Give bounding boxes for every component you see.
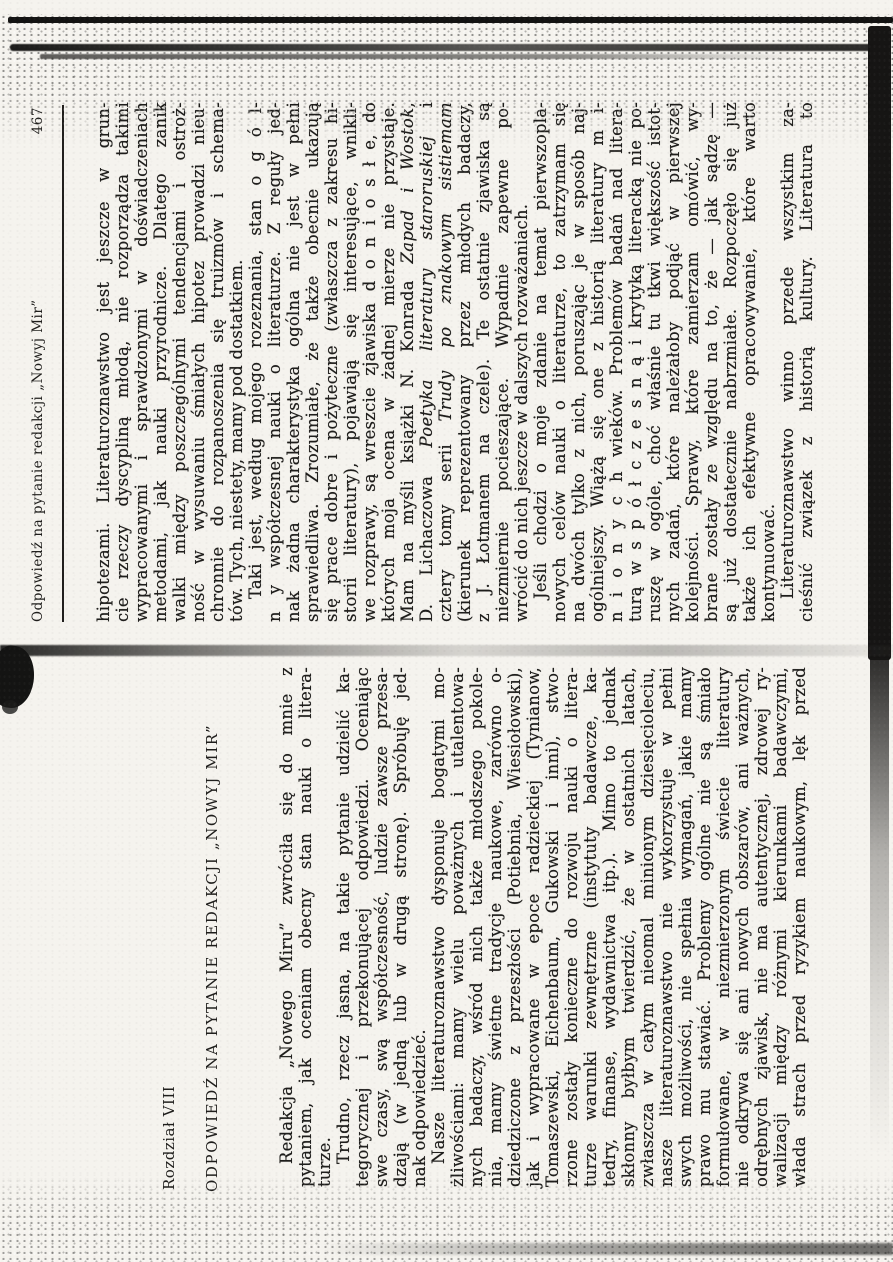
text-line: których moja ocena w żadnej mierze nie p… — [379, 102, 398, 622]
text-line: zwłaszcza w całym nieomal minionym dzies… — [638, 667, 657, 1187]
page-number: 467 — [30, 107, 46, 134]
text-line: są już dostatecznie nabrzmiałe. Rozpoczę… — [721, 102, 740, 622]
body-text-left-page: Redakcja „Nowego Miru” zwróciła się do m… — [277, 667, 809, 1187]
text-line: formułowane, w niezmierzonym świecie lit… — [714, 667, 733, 1187]
text-line: dzają (w jedną lub w drugą stronę). Spró… — [391, 667, 410, 1187]
running-head-title: Odpowiedź na pytanie redakcji „Nowyj Mir… — [30, 299, 46, 622]
chapter-number-label: Rozdział VIII — [160, 1086, 178, 1190]
text-line: chronnie do rozpanoszenia się truizmów i… — [208, 102, 227, 622]
text-line: turze warunki zewnętrzne (instytuty bada… — [581, 667, 600, 1187]
text-line: walki między poszczególnymi tendencjami … — [170, 102, 189, 622]
text-line: nia, mamy świetne tradycje naukowe, zaró… — [486, 667, 505, 1187]
text-line: także ich efektywne opracowywanie, które… — [740, 102, 759, 622]
text-line: prawo mu stawiać. Problemy ogólne nie są… — [695, 667, 714, 1187]
text-line: Taki jest, według mojego rozeznania, sta… — [246, 102, 265, 622]
text-line: skłonny byłbym twierdzić, że w ostatnich… — [619, 667, 638, 1187]
page-right-467: Odpowiedź na pytanie redakcji „Nowyj Mir… — [0, 0, 893, 642]
text-line: na dwóch tylko z nich, poruszając je w s… — [569, 102, 588, 622]
text-line: pytaniem, jak oceniam obecny stan nauki … — [296, 667, 315, 1187]
text-line: nak żadna charakterystyka ogólna nie jes… — [284, 102, 303, 622]
text-line: walizacji między różnymi kierunkami bada… — [771, 667, 790, 1187]
text-line: odrębnych zjawisk, nie ma autentycznej, … — [752, 667, 771, 1187]
text-line: Jeśli chodzi o moje zdanie na temat pier… — [531, 102, 550, 622]
text-line: turze. — [315, 667, 334, 1187]
page-left-chapter-opening: Rozdział VIII ODPOWIEDŹ NA PYTANIE REDAK… — [0, 642, 893, 1262]
text-line: cztery tomy serii Trudy po znakowym sist… — [436, 102, 455, 622]
book-spread: Rozdział VIII ODPOWIEDŹ NA PYTANIE REDAK… — [0, 0, 893, 1262]
text-line: turą w s p ó ł c z e s n ą i krytyką lit… — [626, 102, 645, 622]
text-line: Literaturoznawstwo winno przede wszystki… — [778, 102, 797, 622]
text-line: Mam na myśli książki N. Konrada Zapad i … — [398, 102, 417, 622]
text-line: storii literatury), pojawiają się intere… — [341, 102, 360, 622]
text-line: sprawiedliwa. Zrozumiałe, że także obecn… — [303, 102, 322, 622]
text-line: Tomaszewski, Eichenbaum, Gukowski i inni… — [543, 667, 562, 1187]
text-line: ność w wysuwaniu śmiałych hipotez prowad… — [189, 102, 208, 622]
text-line: Nasze literaturoznawstwo dysponuje bogat… — [429, 667, 448, 1187]
text-line: rzone zostały konieczne do rozwoju nauki… — [562, 667, 581, 1187]
text-line: się prace dobre i pożyteczne (zwłaszcza … — [322, 102, 341, 622]
text-line: ogólniejszy. Wiążą się one z historią li… — [588, 102, 607, 622]
text-line: tów. Tych, niestety, mamy pod dostatkiem… — [227, 102, 246, 622]
text-line: we rozprawy, są wreszcie zjawiska d o n … — [360, 102, 379, 622]
text-line: cie rzeczy dyscypliną młodą, nie rozporz… — [113, 102, 132, 622]
chapter-title: ODPOWIEDŹ NA PYTANIE REDAKCJI „NOWYJ MIR… — [203, 652, 221, 1192]
text-line: nak odpowiedzieć. — [410, 667, 429, 1187]
text-line: tegorycznej i przekonującej odpowiedzi. … — [353, 667, 372, 1187]
body-text-right-page: hipotezami. Literaturoznawstwo jest jesz… — [94, 102, 816, 622]
text-line: n y współczesnej nauki o literaturze. Z … — [265, 102, 284, 622]
text-line: wrócić do nich jeszcze w dalszych rozważ… — [512, 102, 531, 622]
text-line: wypracowanymi i sprawdzonymi w doświadcz… — [132, 102, 151, 622]
running-head: Odpowiedź na pytanie redakcji „Nowyj Mir… — [30, 107, 46, 622]
text-line: nasze literaturoznawstwo nie wykorzystuj… — [657, 667, 676, 1187]
text-line: niezmiernie pocieszające. Wypadnie zapew… — [493, 102, 512, 622]
text-line: ruszę w ogóle, choć właśnie tu tkwi więk… — [645, 102, 664, 622]
text-line: tedry, finanse, wydawnictwa itp.). Mimo … — [600, 667, 619, 1187]
text-line: (kierunek reprezentowany przez młodych b… — [455, 102, 474, 622]
text-line: nie odkrywa się ani nowych obszarów, ani… — [733, 667, 752, 1187]
text-line: nych badaczy, wśród nich także młodszego… — [467, 667, 486, 1187]
text-line: nych zadań, które należałoby podjąć w pi… — [664, 102, 683, 622]
running-head-rule — [62, 105, 64, 622]
text-line: żliwościami: mamy wielu poważnych i utal… — [448, 667, 467, 1187]
text-line: swych możliwości, nie spełnia wymagań, j… — [676, 667, 695, 1187]
text-line: Trudno, rzecz jasna, na takie pytanie ud… — [334, 667, 353, 1187]
text-line: Redakcja „Nowego Miru” zwróciła się do m… — [277, 667, 296, 1187]
text-line: nowych celów nauki o literaturze, to zat… — [550, 102, 569, 622]
scanned-book-spread: { "colors": { "paper": "#f5f3ee", "ink":… — [0, 0, 893, 1262]
text-line: swe czasy, swą współczesność, ludzie zaw… — [372, 667, 391, 1187]
text-line: włada strach przed ryzykiem naukowym, lę… — [790, 667, 809, 1187]
text-line: kontynuować. — [759, 102, 778, 622]
text-line: z J. Łotmanem na czele). Te ostatnie zja… — [474, 102, 493, 622]
text-line: hipotezami. Literaturoznawstwo jest jesz… — [94, 102, 113, 622]
text-line: metodami, jak nauki przyrodnicze. Dlateg… — [151, 102, 170, 622]
text-line: jak i wypracowane w epoce radzieckiej (T… — [524, 667, 543, 1187]
text-line: n i o n y c h wieków. Problemów badań na… — [607, 102, 626, 622]
text-line: dziedziczone z przeszłości (Potiebnia, W… — [505, 667, 524, 1187]
text-line: D. Lichaczowa Poetyka literatury staroru… — [417, 102, 436, 622]
text-line: cieśnić związek z historią kultury. Lite… — [797, 102, 816, 622]
text-line: kolejności. Sprawy, które zamierzam omów… — [683, 102, 702, 622]
text-line: brane zostały ze względu na to, że — jak… — [702, 102, 721, 622]
